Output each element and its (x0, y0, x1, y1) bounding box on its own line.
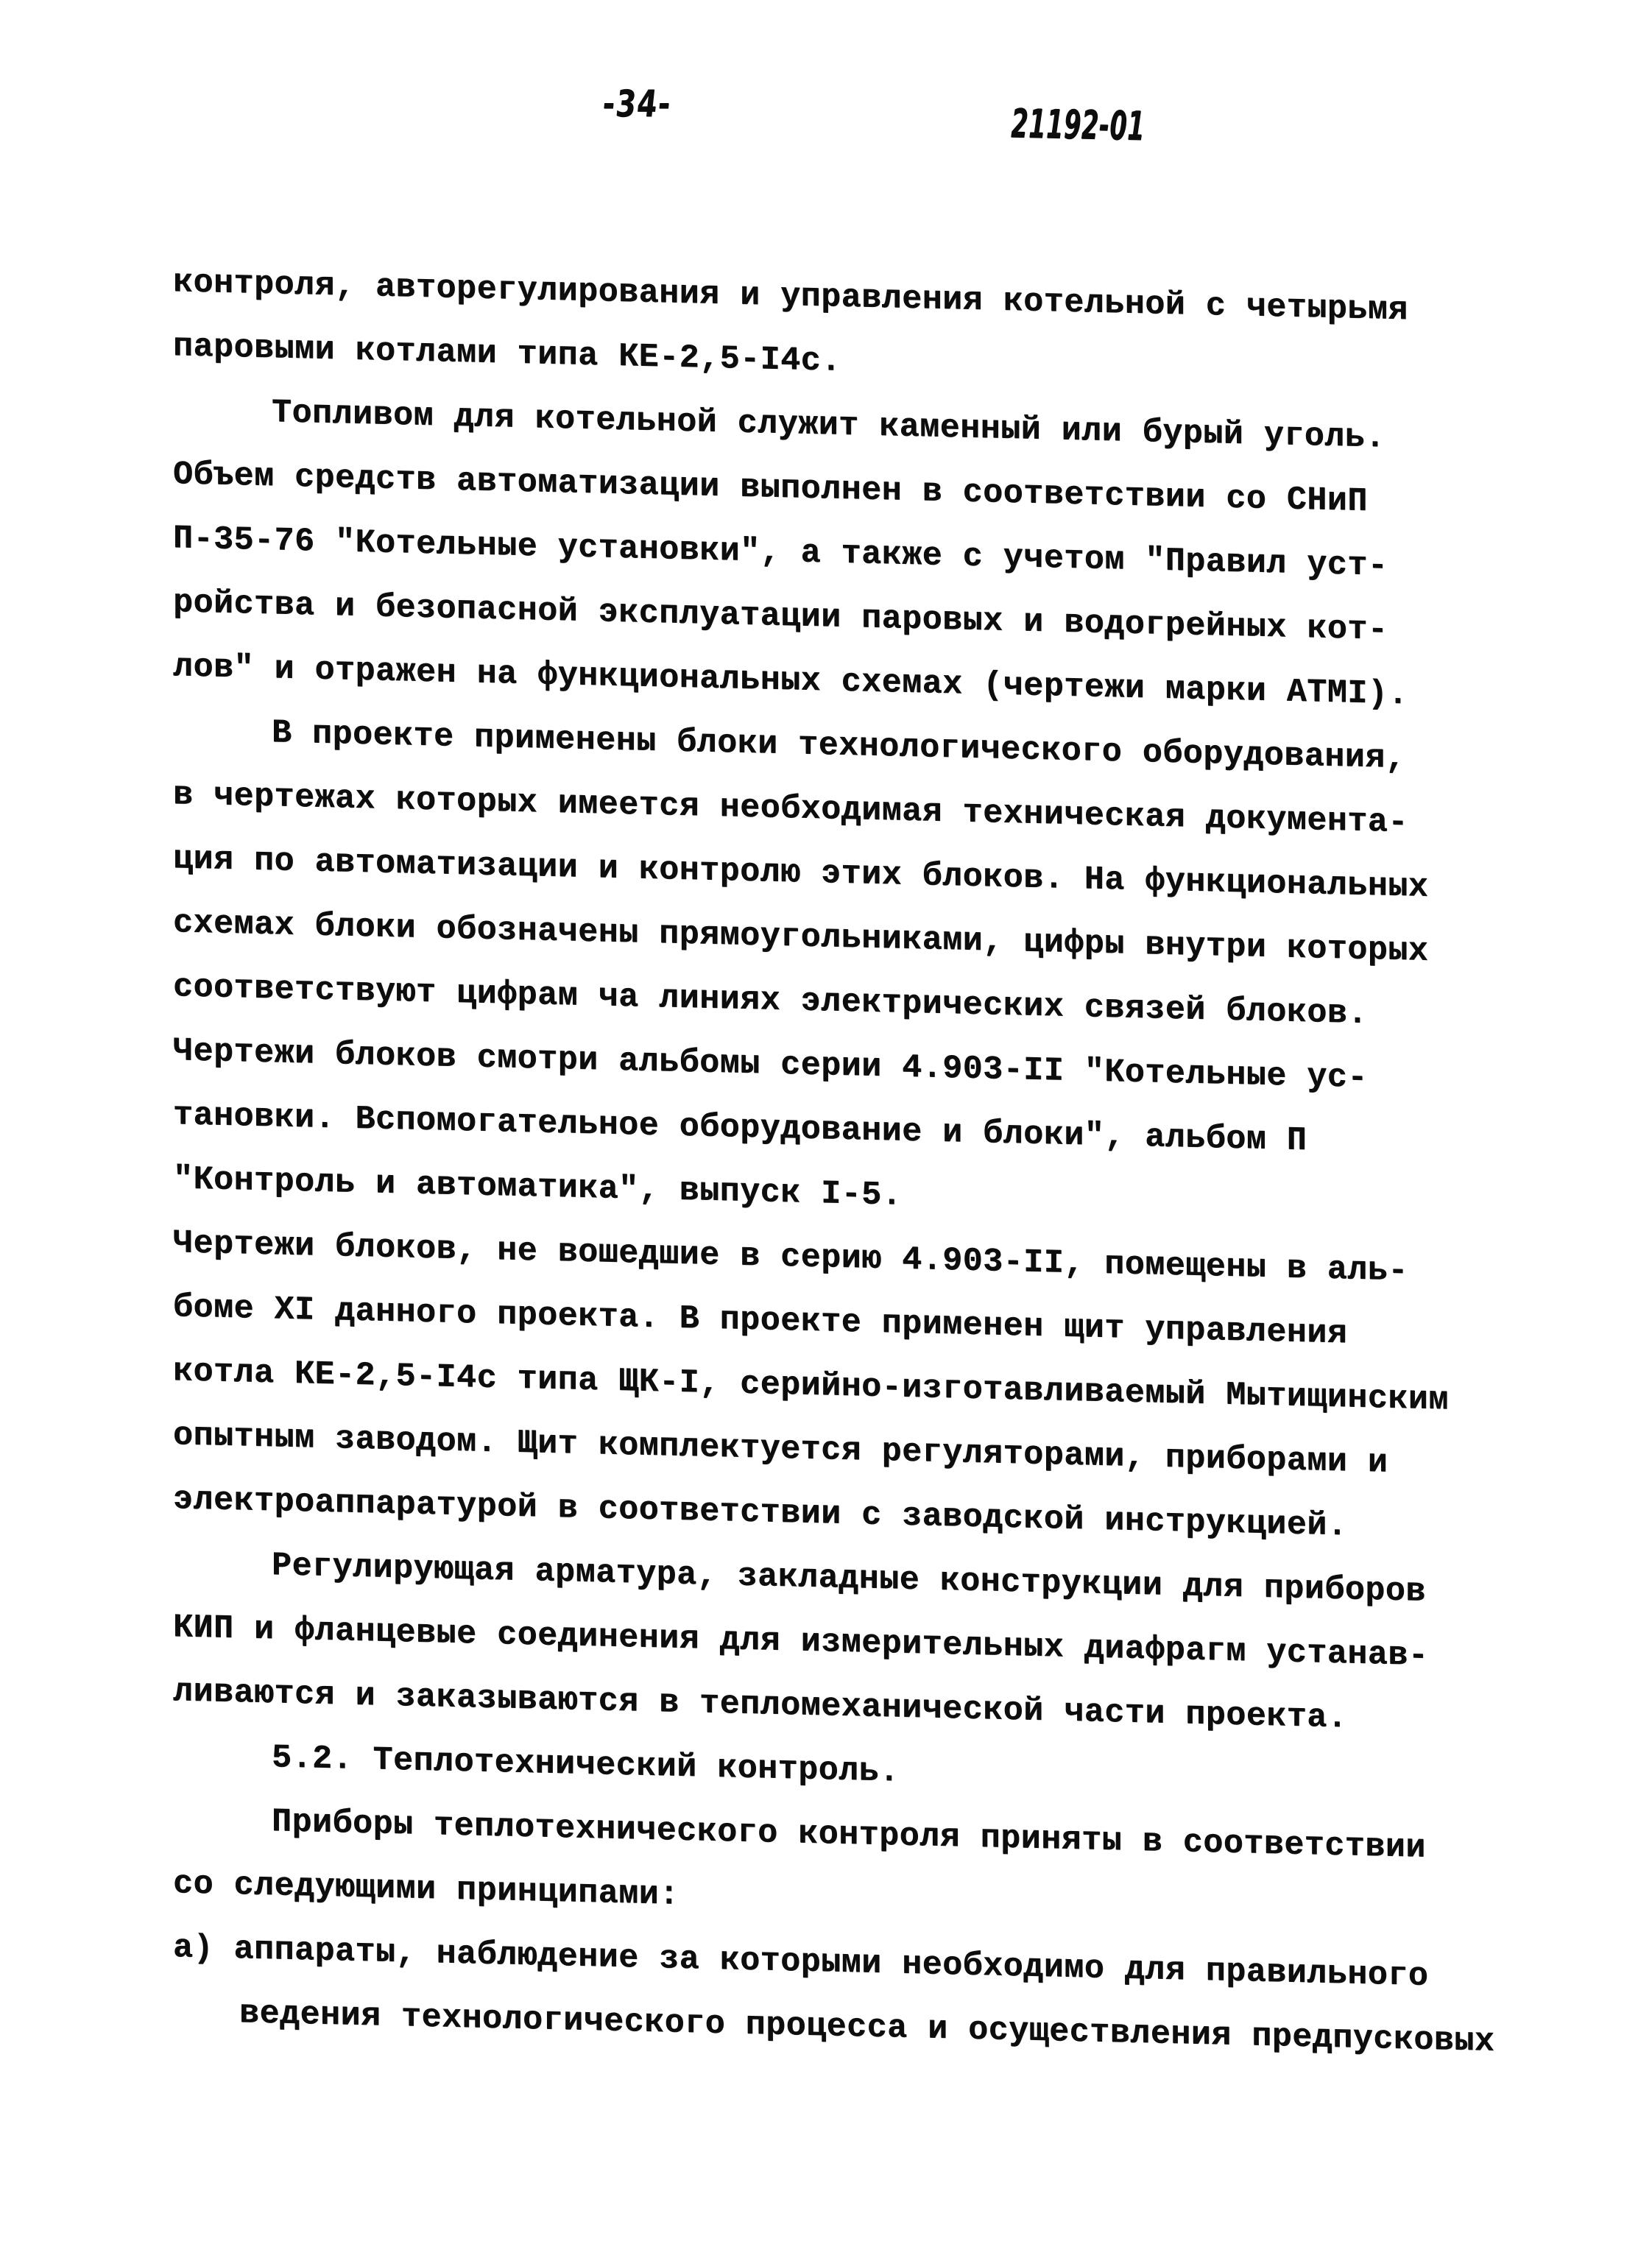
page-number: -34- (601, 82, 674, 125)
text-block: контроля, авторегулирования и управления… (173, 250, 1542, 2075)
doc-code-handwritten: 21192-01 (1011, 100, 1146, 149)
document-page: -34- 21192-01 контроля, авторегулировани… (0, 0, 1652, 2261)
